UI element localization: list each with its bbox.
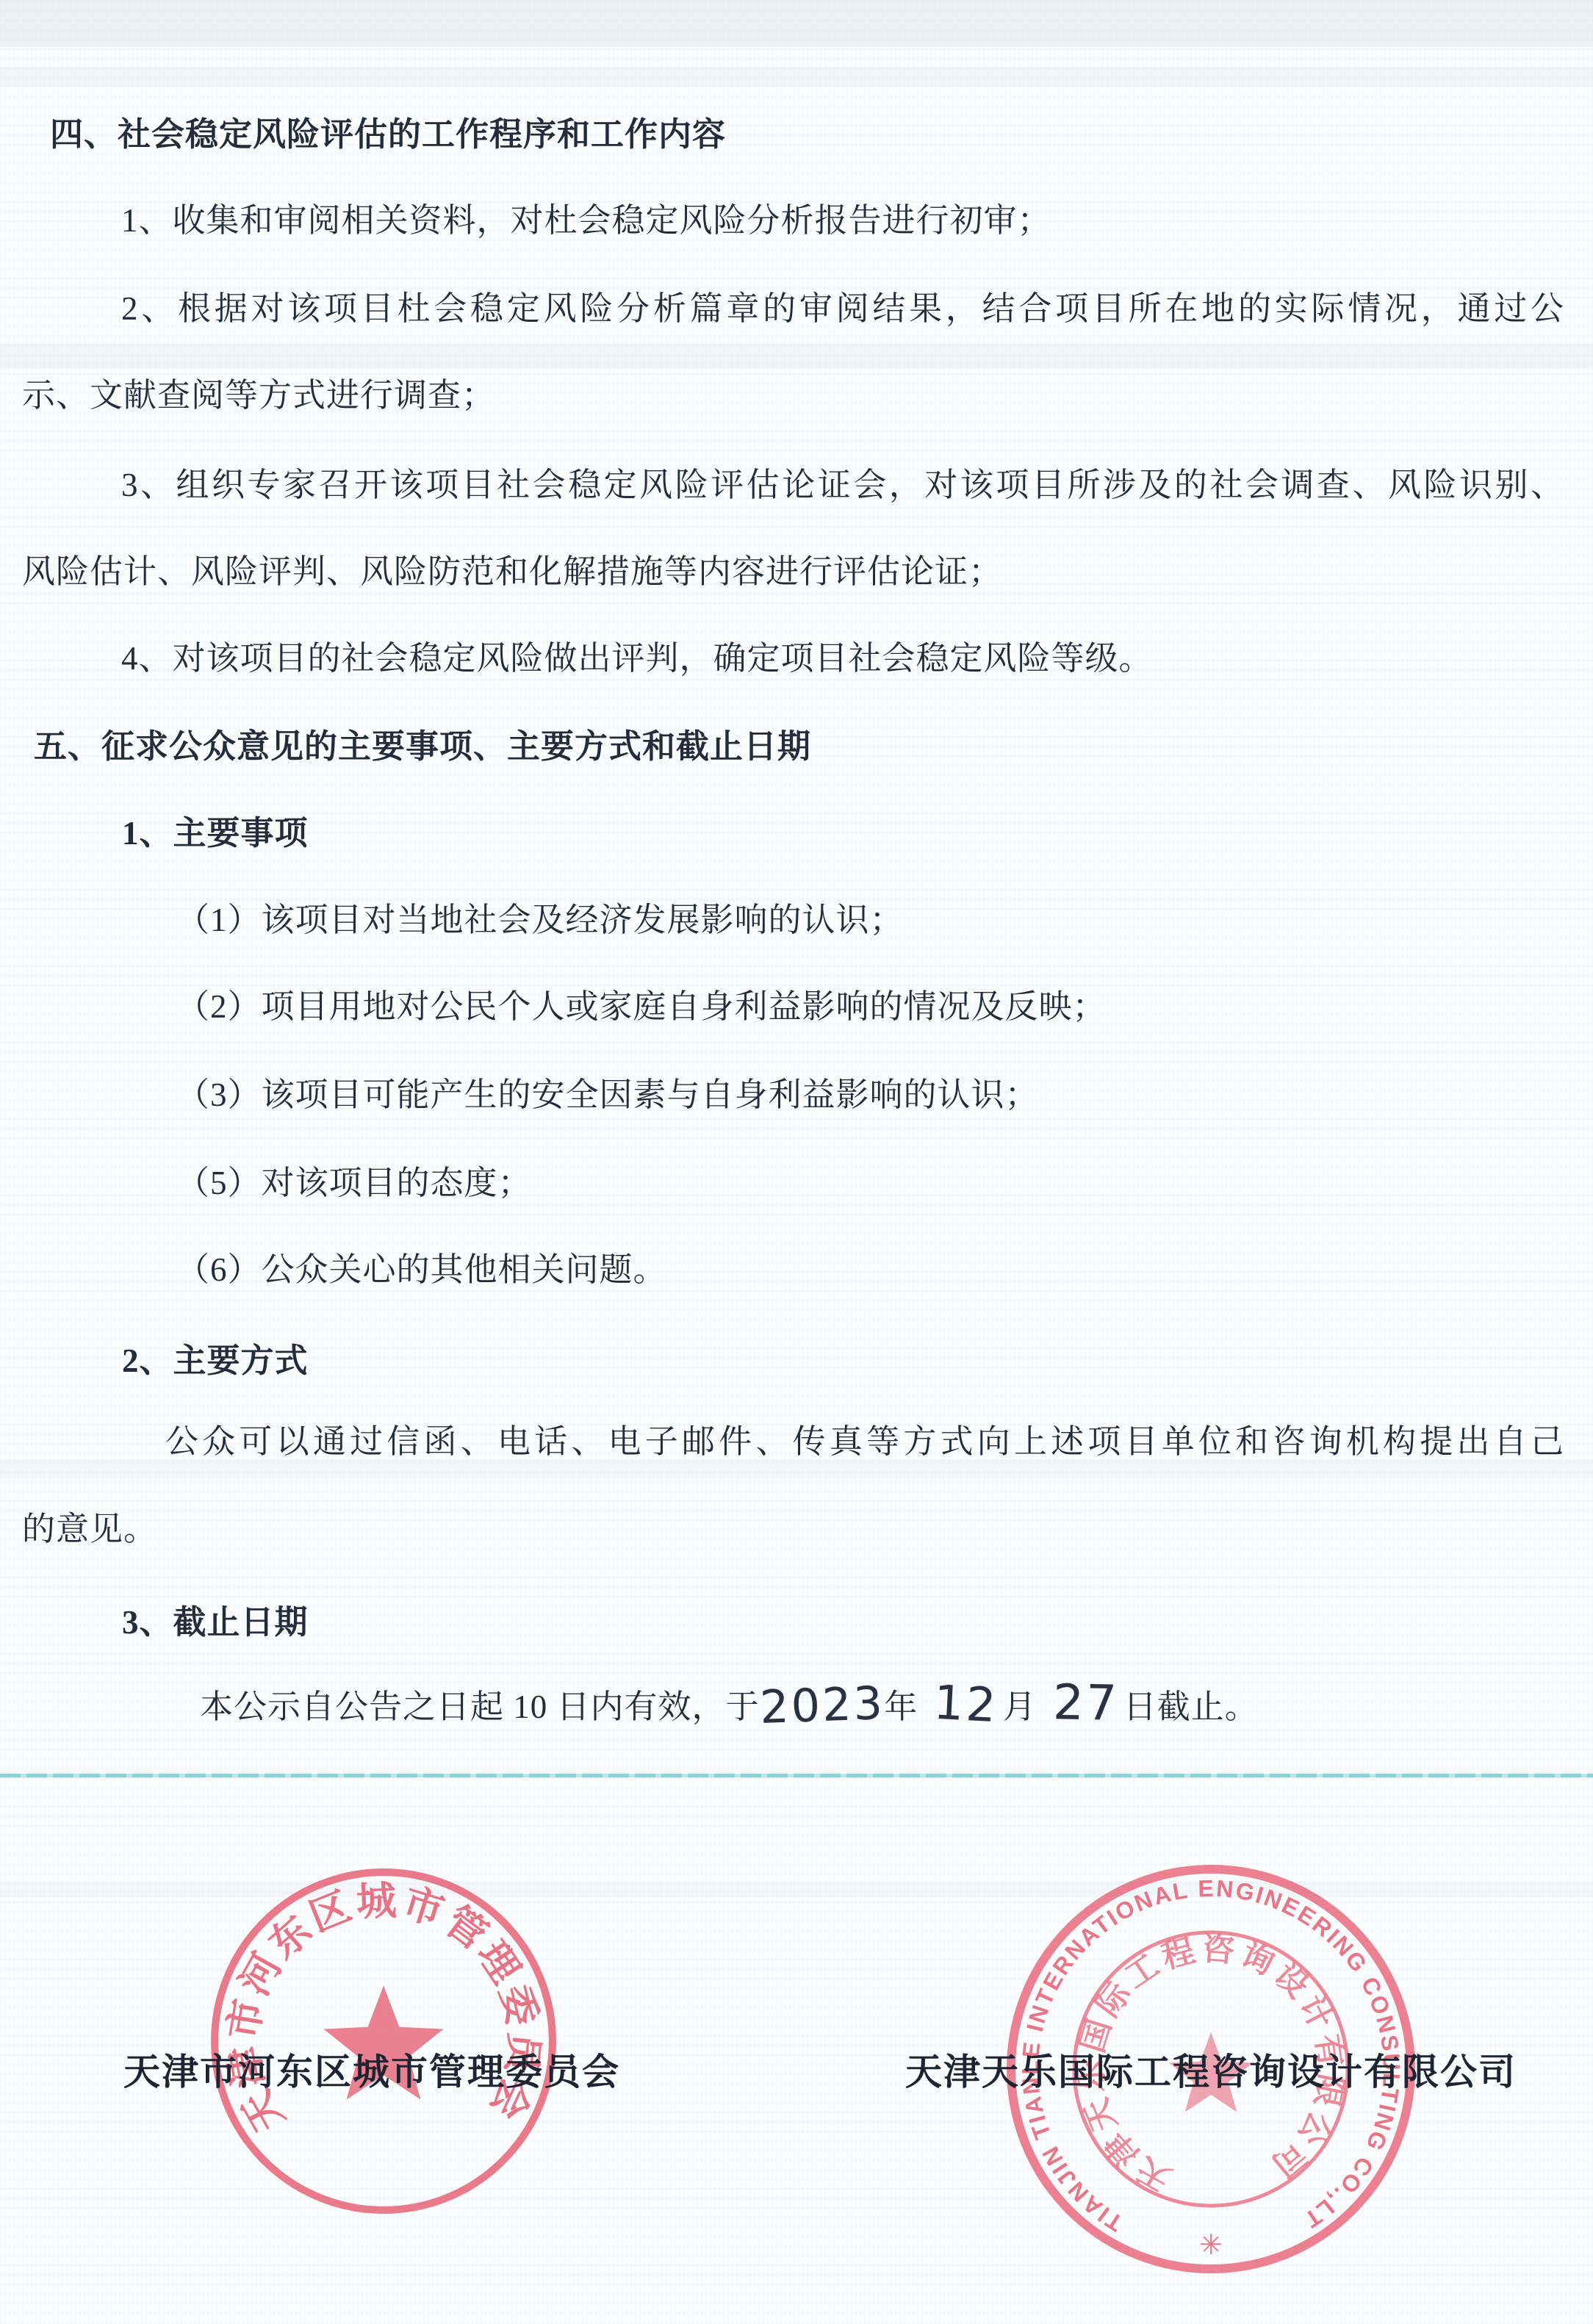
handwritten-year: 2023 — [759, 1683, 885, 1728]
section4-item3-line1: 3、组织专家召开该项目社会稳定风险评估论证会，对该项目所涉及的社会调查、风险识别… — [121, 464, 1564, 506]
left-organization-name: 天津市河东区城市管理委员会 — [123, 2043, 620, 2095]
right-seal-bottom-mark: ✳ — [1199, 2230, 1223, 2261]
section5-sub1-item-1: （1）该项目对当地社会及经济发展影响的认识； — [176, 899, 904, 940]
deadline-month-unit: 月 — [1003, 1688, 1037, 1725]
scan-artifact-band — [0, 68, 1593, 87]
section4-heading: 四、社会稳定风险评估的工作程序和工作内容 — [50, 114, 726, 155]
left-seal-arc-text: 天津市河东区城市管理委员会 — [220, 1878, 547, 2140]
section4-item1: 1、收集和审阅相关资料，对杜会稳定风险分析报告进行初审； — [121, 200, 1051, 241]
section4-item3-line2: 风险估计、风险评判、风险防范和化解措施等内容进行评估论证； — [22, 551, 1002, 592]
deadline-suffix: 日截止。 — [1123, 1688, 1259, 1725]
section5-sub1-item-3: （3）该项目可能产生的安全因素与自身利益影响的认识； — [176, 1074, 1039, 1115]
section5-sub1-heading: 1、主要事项 — [122, 813, 309, 854]
section4-item2-line2: 示、文献查阅等方式进行调查； — [22, 375, 495, 416]
scan-artifact-band — [0, 1881, 1593, 1897]
section5-heading: 五、征求公众意见的主要事项、主要方式和截止日期 — [34, 726, 811, 767]
teal-scan-divider-line — [0, 1774, 1593, 1777]
section5-sub2-heading: 2、主要方式 — [122, 1340, 309, 1381]
handwritten-day: 27 — [1052, 1682, 1119, 1724]
section5-sub2-line1: 公众可以通过信函、电话、电子邮件、传真等方式向上述项目单位和咨询机构提出自己 — [165, 1421, 1564, 1462]
scan-artifact-band — [0, 344, 1593, 369]
section5-sub1-item-2: （2）项目用地对公民个人或家庭自身利益影响的情况及反映； — [176, 986, 1107, 1027]
left-official-seal: 天津市河东区城市管理委员会 — [206, 1863, 561, 2219]
section5-sub3-heading: 3、截止日期 — [122, 1602, 309, 1643]
section5-sub2-line2: 的意见。 — [22, 1508, 157, 1550]
deadline-year-unit: 年 — [884, 1688, 918, 1725]
deadline-printed-prefix: 本公示自公告之日起 10 日内有效，于 — [200, 1688, 760, 1725]
scan-artifact-band — [0, 0, 1593, 47]
section5-sub1-item-6: （6）公众关心的其他相关问题。 — [176, 1249, 667, 1290]
deadline-line: 本公示自公告之日起 10 日内有效，于2023年12月27日截止。 — [200, 1681, 1259, 1727]
section4-item4: 4、对该项目的社会稳定风险做出评判，确定项目社会稳定风险等级。 — [121, 638, 1153, 679]
svg-text:天津市河东区城市管理委员会: 天津市河东区城市管理委员会 — [220, 1878, 547, 2140]
section5-sub1-item-5: （5）对该项目的态度； — [176, 1162, 532, 1204]
right-organization-name: 天津天乐国际工程咨询设计有限公司 — [905, 2043, 1517, 2095]
section4-item2-line1: 2、根据对该项目杜会稳定风险分析篇章的审阅结果，结合项目所在地的实际情况，通过公 — [121, 288, 1564, 329]
handwritten-month: 12 — [933, 1683, 999, 1727]
document-page: 四、社会稳定风险评估的工作程序和工作内容 1、收集和审阅相关资料，对杜会稳定风险… — [0, 0, 1593, 2324]
